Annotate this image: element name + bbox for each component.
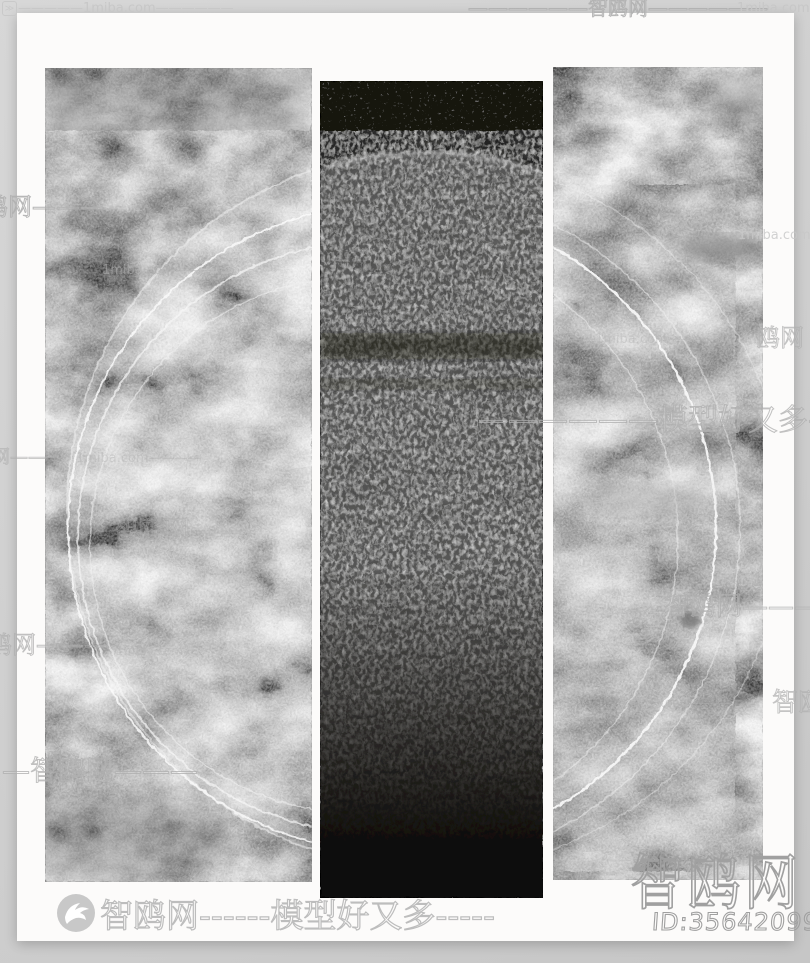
page-frame: ≫ —————1miba.com—————— ——————智鸥网—————— 1… [0,0,810,963]
brand-logo-mark-icon: ≫ [2,1,17,16]
bird-logo-icon [56,893,96,933]
artwork-print [0,0,810,963]
